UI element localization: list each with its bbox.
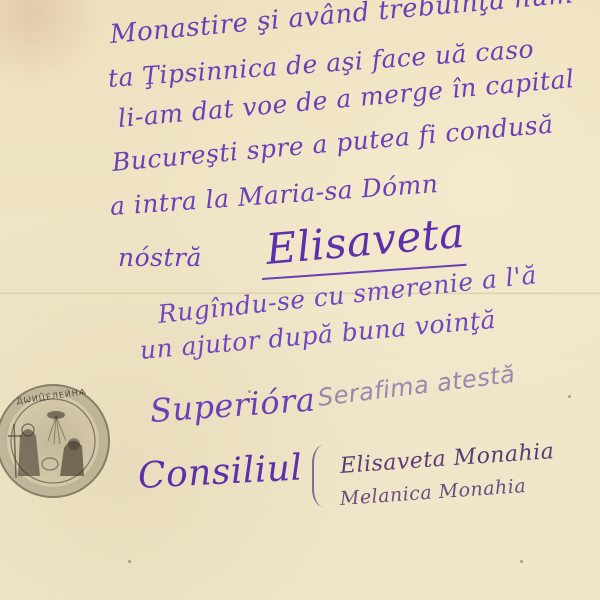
paper-speck <box>568 395 571 398</box>
monastery-seal-icon: ДѠИЦ̃ЕЛЕЙНѦ <box>0 384 110 498</box>
paper-speck <box>128 560 131 563</box>
name-line-prefix: nóstră <box>118 243 202 272</box>
paper-speck <box>520 560 523 563</box>
council-label: Consiliul <box>137 447 304 497</box>
council-brace <box>312 445 334 507</box>
paper-speck <box>248 390 251 393</box>
